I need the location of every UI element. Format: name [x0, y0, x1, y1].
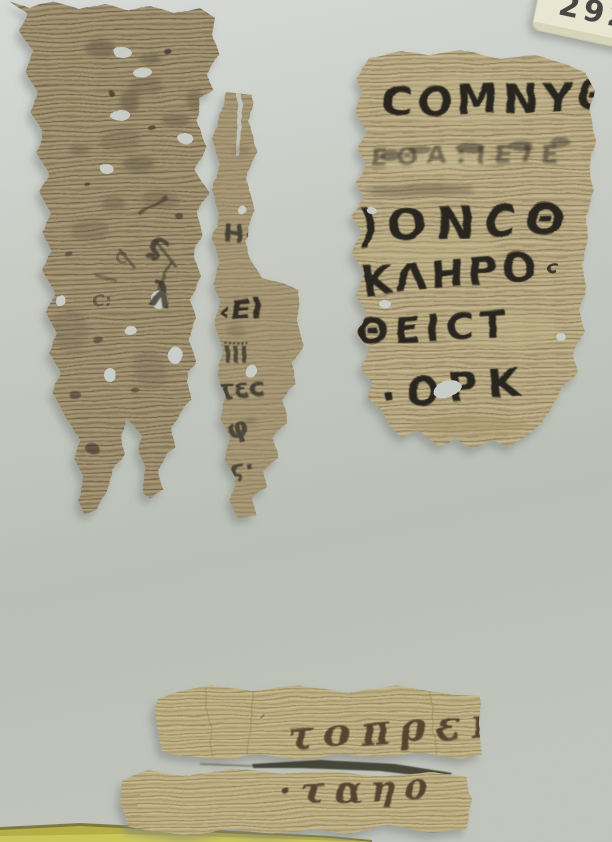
photo-canvas: ϛ Ϲ: λ Ϲ Η·	[0, 0, 612, 842]
papyrus-photo: ϛ Ϲ: λ Ϲ Η·	[0, 0, 612, 842]
photo-grain-overlay	[0, 0, 612, 842]
